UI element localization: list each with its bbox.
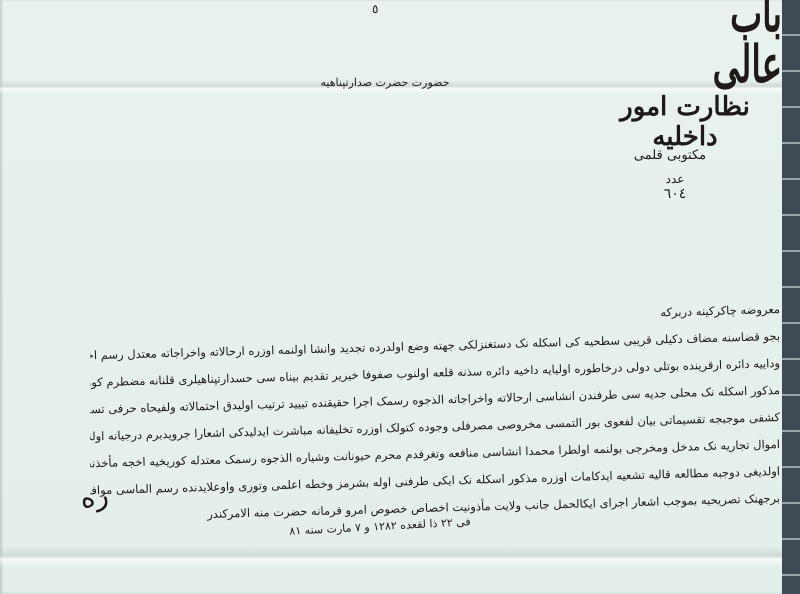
number-value: ٦٠٤ [650, 186, 700, 202]
salutation: حضورت حضرت صدارتپناهیه [300, 76, 470, 89]
letter-body: معروضه چاکرکینه دربرکه بجو قضاسنه مضاف د… [90, 296, 780, 512]
ministry-title: نظارت امور داخلیه [600, 92, 770, 152]
document-page: ٥ باب عالی نظارت امور داخلیه مکتوبی قلمی… [0, 0, 782, 594]
paper-fold-bottom [0, 546, 782, 568]
number-label: عدد [655, 172, 695, 186]
measurement-ruler [782, 0, 800, 594]
signature-mark: ره [77, 478, 111, 515]
office-name: مکتوبی قلمی [625, 148, 715, 163]
tughra-emblem: باب عالی [654, 0, 782, 91]
page-mark: ٥ [372, 2, 378, 16]
